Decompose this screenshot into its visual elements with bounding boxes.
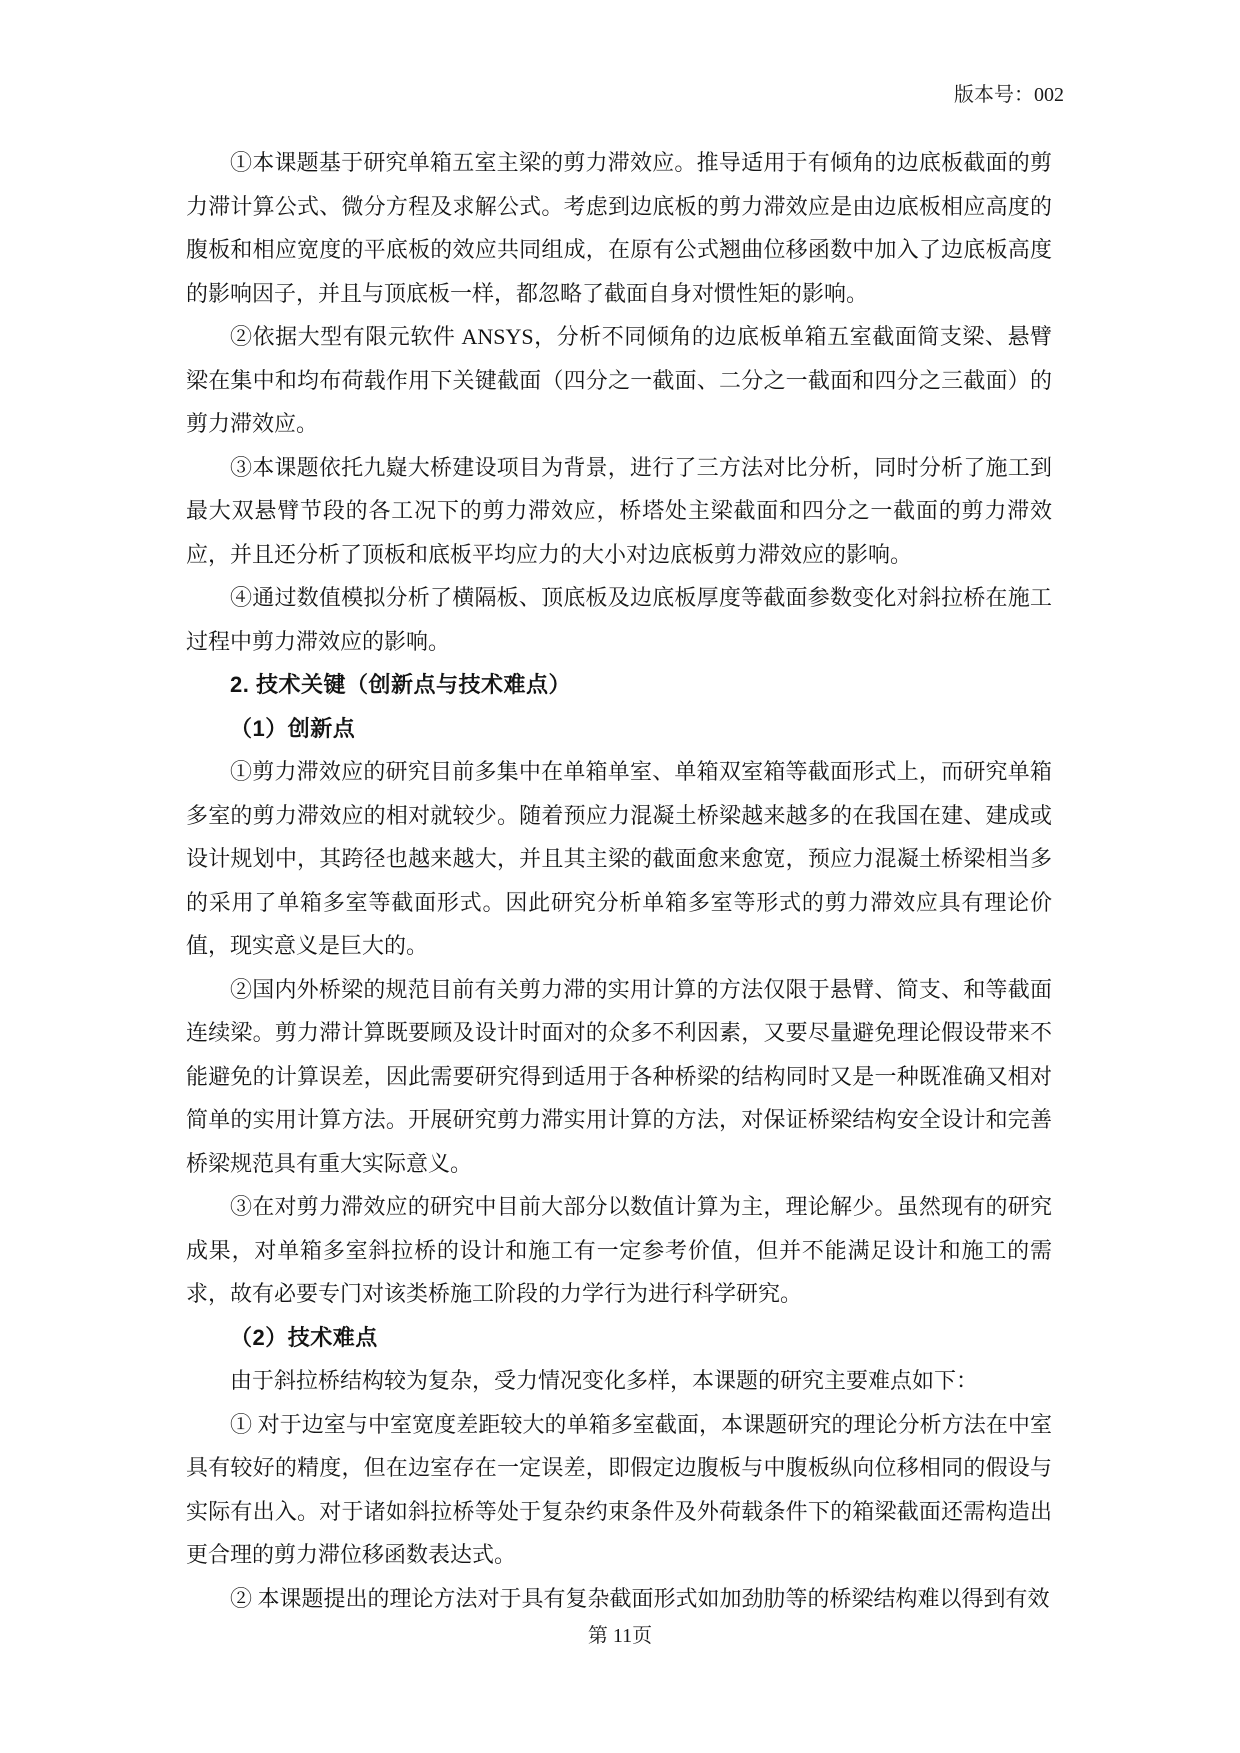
page-footer: 第 11页 — [0, 1622, 1240, 1650]
section-heading-key-technology: 2. 技术关键（创新点与技术难点） — [186, 663, 1052, 707]
paragraph-innovation-1: ①剪力滞效应的研究目前多集中在单箱单室、单箱双室箱等截面形式上，而研究单箱多室的… — [186, 750, 1052, 968]
paragraph-innovation-3: ③在对剪力滞效应的研究中目前大部分以数值计算为主，理论解少。虽然现有的研究成果，… — [186, 1185, 1052, 1316]
paragraph-difficulty-2: ② 本课题提出的理论方法对于具有复杂截面形式如加劲肋等的桥梁结构难以得到有效 — [186, 1577, 1052, 1621]
version-label: 版本号：002 — [954, 84, 1064, 106]
paragraph-summary-1: ①本课题基于研究单箱五室主梁的剪力滞效应。推导适用于有倾角的边底板截面的剪力滞计… — [186, 141, 1052, 315]
document-body: ①本课题基于研究单箱五室主梁的剪力滞效应。推导适用于有倾角的边底板截面的剪力滞计… — [186, 141, 1052, 1620]
document-page: 版本号：002 ①本课题基于研究单箱五室主梁的剪力滞效应。推导适用于有倾角的边底… — [0, 0, 1240, 1753]
paragraph-difficulty-1: ① 对于边室与中室宽度差距较大的单箱多室截面，本课题研究的理论分析方法在中室具有… — [186, 1403, 1052, 1577]
paragraph-innovation-2: ②国内外桥梁的规范目前有关剪力滞的实用计算的方法仅限于悬臂、简支、和等截面连续梁… — [186, 968, 1052, 1186]
paragraph-summary-4: ④通过数值模拟分析了横隔板、顶底板及边底板厚度等截面参数变化对斜拉桥在施工过程中… — [186, 576, 1052, 663]
subsection-heading-difficulties: （2）技术难点 — [186, 1316, 1052, 1360]
page-number: 第 11页 — [588, 1625, 652, 1647]
page-header: 版本号：002 — [186, 82, 1064, 108]
paragraph-difficulty-intro: 由于斜拉桥结构较为复杂，受力情况变化多样，本课题的研究主要难点如下： — [186, 1359, 1052, 1403]
paragraph-summary-3: ③本课题依托九嶷大桥建设项目为背景，进行了三方法对比分析，同时分析了施工到最大双… — [186, 446, 1052, 577]
subsection-heading-innovations: （1）创新点 — [186, 707, 1052, 751]
paragraph-summary-2: ②依据大型有限元软件 ANSYS，分析不同倾角的边底板单箱五室截面简支梁、悬臂梁… — [186, 315, 1052, 446]
